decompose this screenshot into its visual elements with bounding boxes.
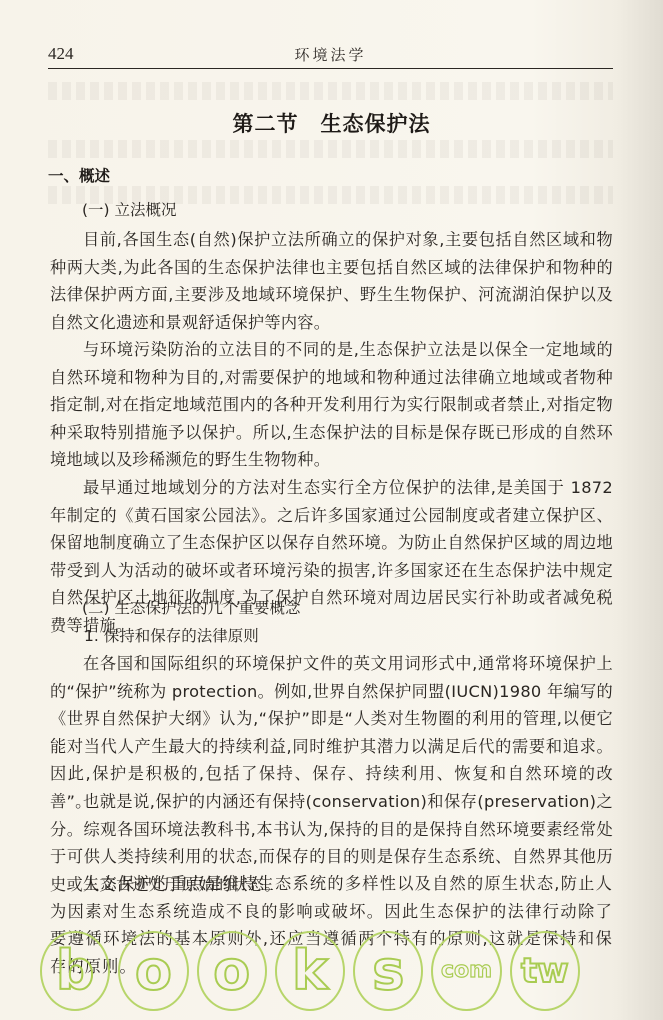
- bleed-through-text: [48, 140, 613, 158]
- heading-key-concepts: (二) 生态保护法的几个重要概念: [82, 596, 301, 618]
- paragraph-ecological-focus: 生态保护的重点是维持生态系统的多样性以及自然的原生状态,防止人为因素对生态系统造…: [50, 870, 613, 980]
- section-title: 第二节生态保护法: [0, 108, 663, 138]
- paragraph-protected-objects: 目前,各国生态(自然)保护立法所确立的保护对象,主要包括自然区域和物种两大类,为…: [50, 226, 613, 336]
- paragraph-legislative-purpose: 与环境污染防治的立法目的不同的是,生态保护立法是以保全一定地域的自然环境和物种为…: [50, 336, 613, 474]
- section-number: 第二节: [233, 112, 299, 136]
- bleed-through-text: [48, 82, 613, 100]
- heading-overview: 一、概述: [48, 164, 110, 186]
- section-name: 生态保护法: [321, 112, 431, 136]
- page-header: 424 环境法学: [48, 38, 613, 69]
- heading-principle: 1. 保持和保存的法律原则: [84, 624, 259, 646]
- heading-legislation-overview: (一) 立法概况: [82, 198, 177, 220]
- running-title: 环境法学: [48, 44, 613, 65]
